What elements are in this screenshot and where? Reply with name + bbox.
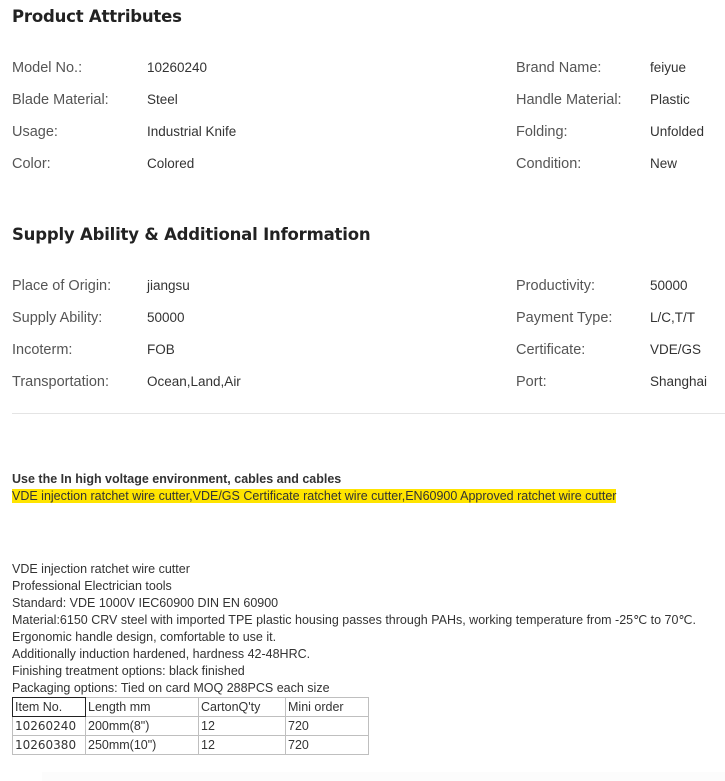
attribute-value: Unfolded	[650, 122, 704, 142]
header-carton-qty: CartonQ'ty	[199, 698, 286, 717]
cell-length: 250mm(10")	[86, 736, 199, 755]
attribute-value: L/C,T/T	[650, 308, 695, 328]
attribute-value: 50000	[650, 276, 688, 296]
attribute-label: Condition:	[516, 154, 581, 174]
attribute-value: Industrial Knife	[147, 122, 236, 142]
cell-item-no: 10260240	[13, 717, 86, 736]
cell-item-no: 10260380	[13, 736, 86, 755]
attribute-value: Steel	[147, 90, 178, 110]
cell-carton-qty: 12	[199, 736, 286, 755]
attribute-value: Ocean,Land,Air	[147, 372, 241, 392]
description-heading: Use the In high voltage environment, cab…	[12, 471, 341, 488]
attribute-value: Shanghai	[650, 372, 707, 392]
description-line: Packaging options: Tied on card MOQ 288P…	[12, 680, 330, 697]
attribute-label: Transportation:	[12, 372, 109, 392]
spec-table: Item No. Length mm CartonQ'ty Mini order…	[12, 697, 369, 755]
attribute-value: 50000	[147, 308, 185, 328]
cell-mini-order: 720	[286, 736, 369, 755]
attribute-label: Color:	[12, 154, 51, 174]
attribute-label: Handle Material:	[516, 90, 622, 110]
attribute-value: New	[650, 154, 677, 174]
description-line: Additionally induction hardened, hardnes…	[12, 646, 310, 663]
attribute-value: 10260240	[147, 58, 207, 78]
cell-carton-qty: 12	[199, 717, 286, 736]
section-title-supply-ability: Supply Ability & Additional Information	[12, 225, 370, 244]
table-row: 10260380 250mm(10") 12 720	[13, 736, 369, 755]
attribute-value: Plastic	[650, 90, 690, 110]
header-mini-order: Mini order	[286, 698, 369, 717]
section-divider	[12, 413, 725, 414]
cell-mini-order: 720	[286, 717, 369, 736]
attribute-label: Place of Origin:	[12, 276, 111, 296]
attribute-label: Brand Name:	[516, 58, 601, 78]
attribute-label: Port:	[516, 372, 547, 392]
attribute-value: VDE/GS	[650, 340, 701, 360]
highlighted-keywords: VDE injection ratchet wire cutter,VDE/GS…	[12, 489, 616, 503]
attribute-label: Folding:	[516, 122, 568, 142]
attribute-label: Blade Material:	[12, 90, 109, 110]
attribute-value: feiyue	[650, 58, 686, 78]
table-header-row: Item No. Length mm CartonQ'ty Mini order	[13, 698, 369, 717]
attribute-label: Usage:	[12, 122, 58, 142]
description-line: Finishing treatment options: black finis…	[12, 663, 245, 680]
description-line: Ergonomic handle design, comfortable to …	[12, 629, 276, 646]
cell-length: 200mm(8")	[86, 717, 199, 736]
description-line: Professional Electrician tools	[12, 578, 172, 595]
description-highlight: VDE injection ratchet wire cutter,VDE/GS…	[12, 488, 616, 505]
attribute-label: Supply Ability:	[12, 308, 102, 328]
attribute-label: Payment Type:	[516, 308, 612, 328]
attribute-value: Colored	[147, 154, 194, 174]
attribute-value: FOB	[147, 340, 175, 360]
attribute-label: Productivity:	[516, 276, 595, 296]
attribute-label: Certificate:	[516, 340, 585, 360]
attribute-label: Model No.:	[12, 58, 82, 78]
attribute-label: Incoterm:	[12, 340, 72, 360]
description-line: VDE injection ratchet wire cutter	[12, 561, 190, 578]
attribute-value: jiangsu	[147, 276, 190, 296]
description-line: Standard: VDE 1000V IEC60900 DIN EN 6090…	[12, 595, 278, 612]
description-line: Material:6150 CRV steel with imported TP…	[12, 612, 696, 629]
header-item-no: Item No.	[13, 698, 86, 717]
section-title-product-attributes: Product Attributes	[12, 7, 182, 26]
header-length: Length mm	[86, 698, 199, 717]
bottom-bar	[42, 772, 725, 781]
table-row: 10260240 200mm(8") 12 720	[13, 717, 369, 736]
